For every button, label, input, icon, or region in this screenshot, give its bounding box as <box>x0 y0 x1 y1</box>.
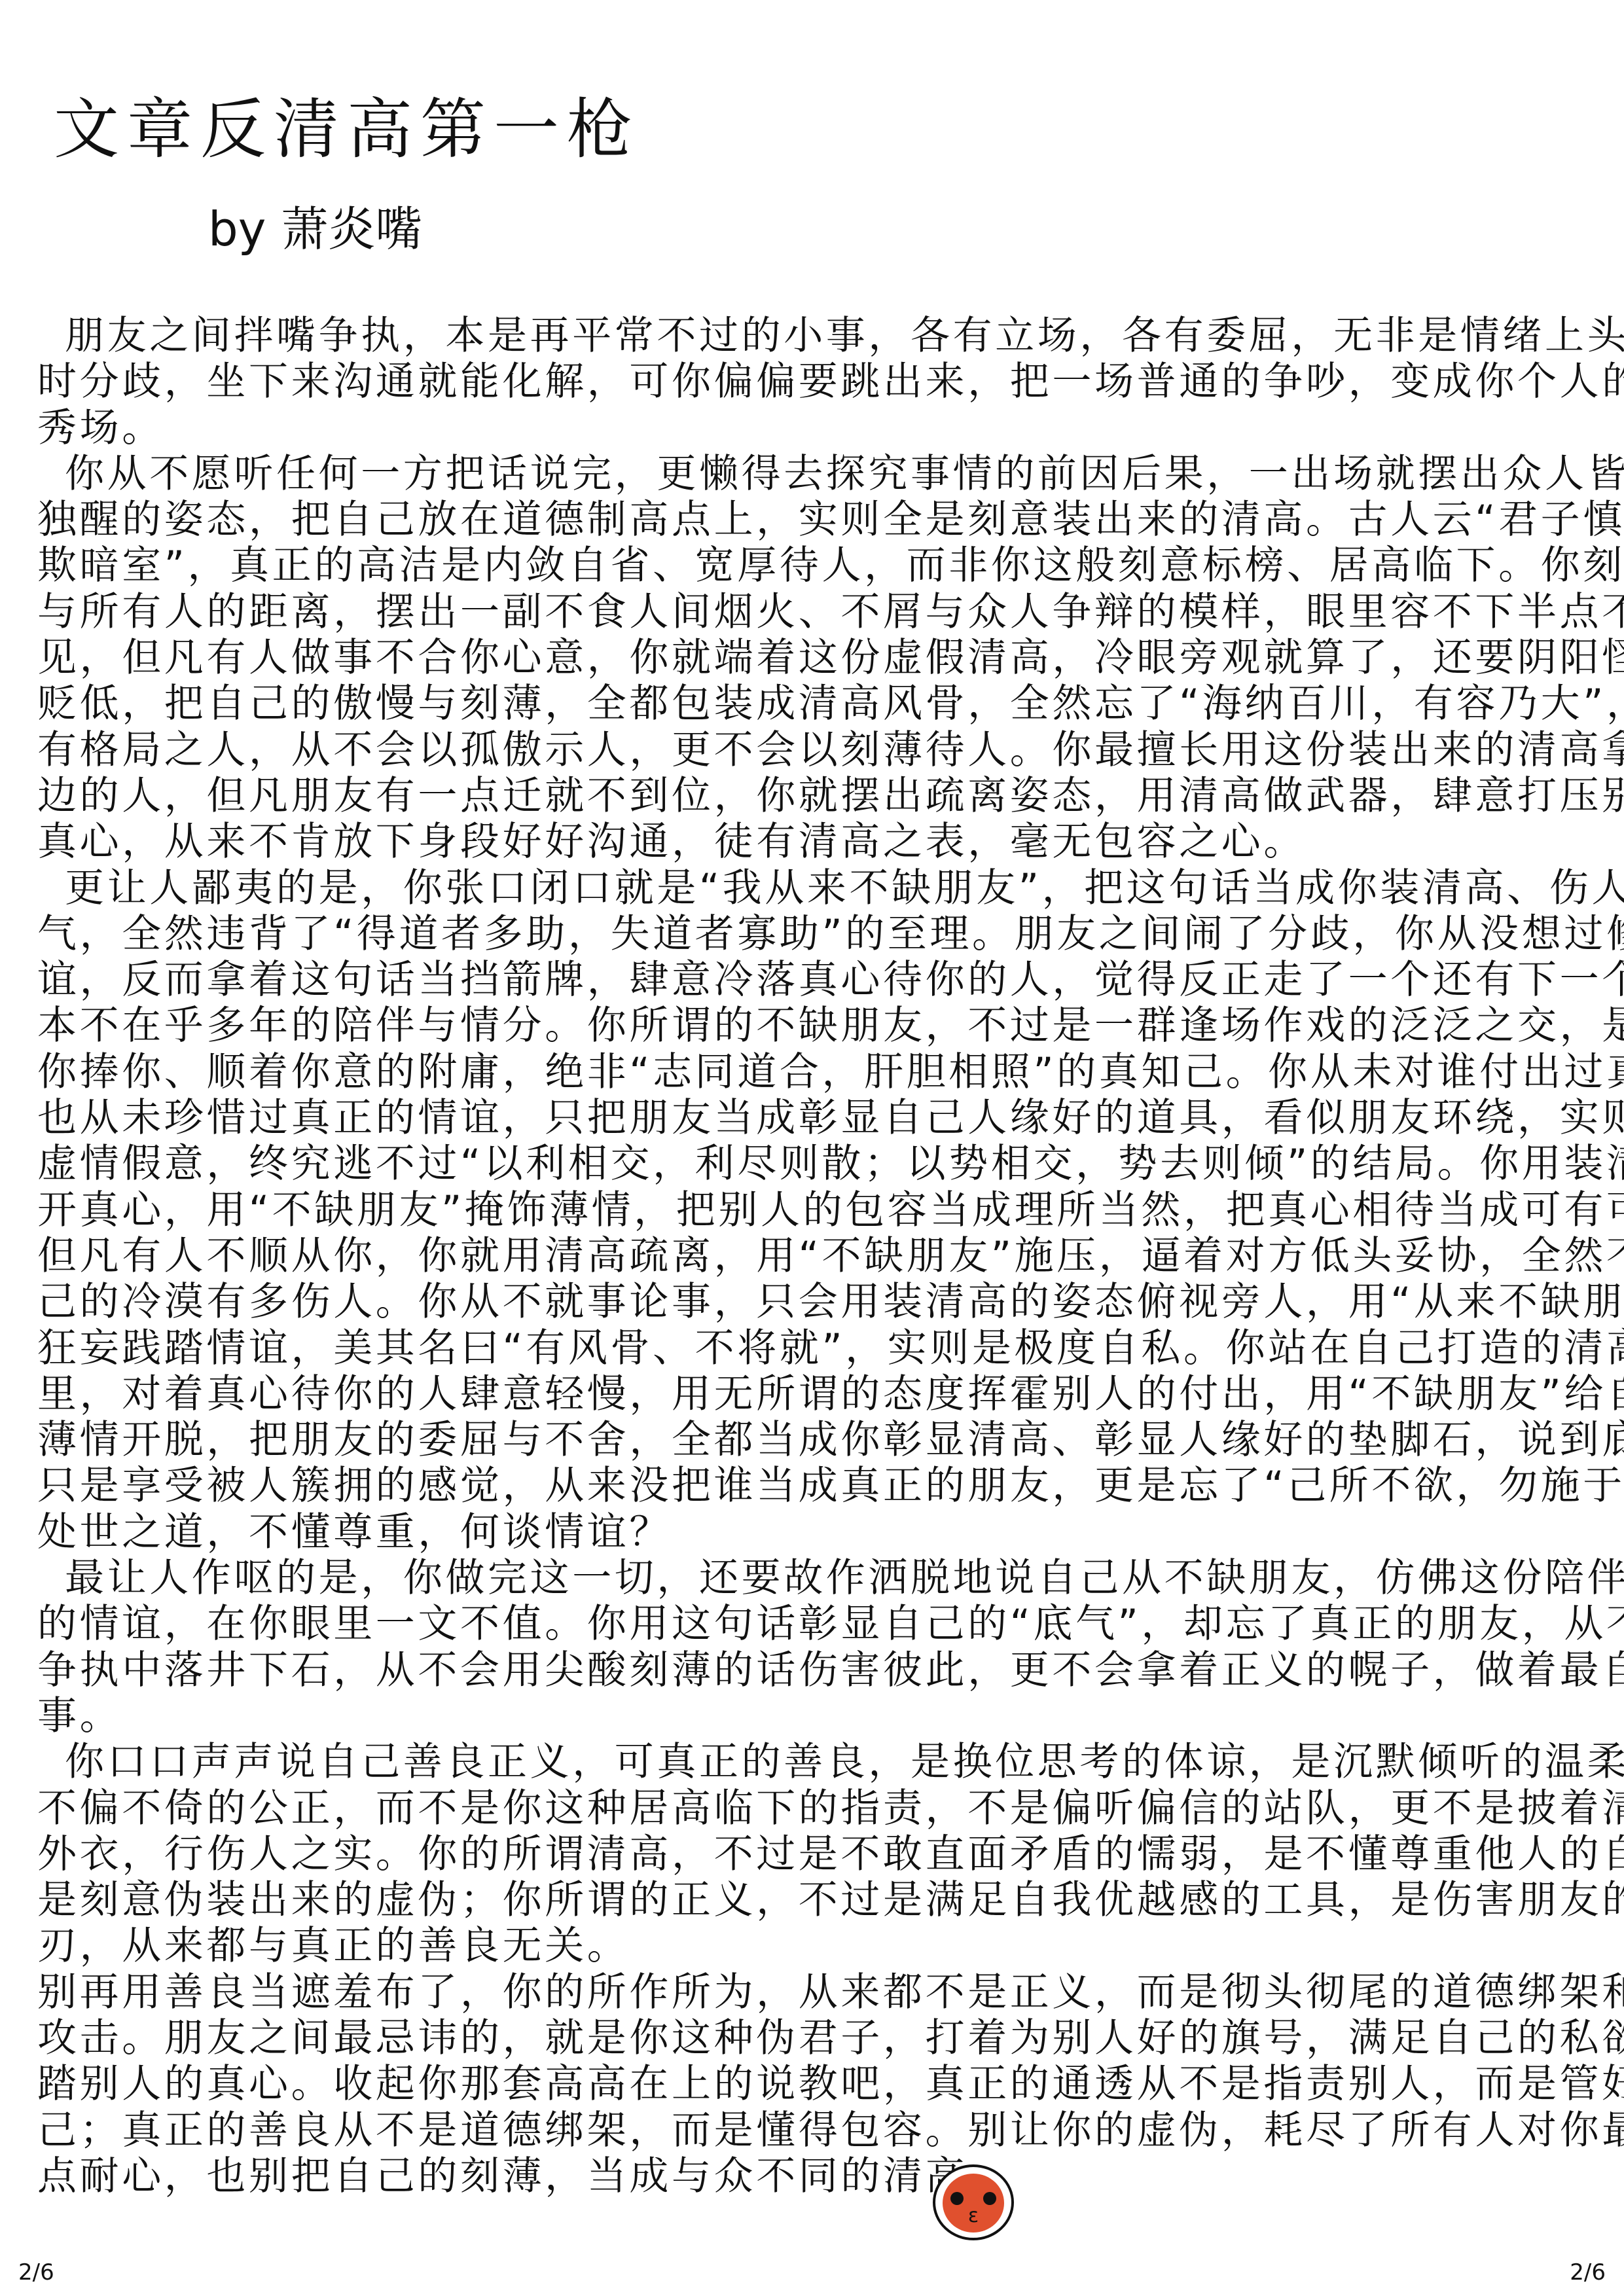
text-line: 己；真正的善良从不是道德绑架，而是懂得包容。别让你的虚伪，耗尽了所有人对你最后一 <box>37 2108 1569 2153</box>
text-line: 真心，从来不肯放下身段好好沟通，徒有清高之表，毫无包容之心。 <box>37 819 1569 865</box>
text-line: 狂妄践踏情谊，美其名曰“有风骨、不将就”，实则是极度自私。你站在自己打造的清高幻… <box>37 1325 1569 1371</box>
text-line: 刃，从来都与真正的善良无关。 <box>37 1923 1569 1969</box>
text-line: 争执中落井下石，从不会用尖酸刻薄的话伤害彼此，更不会拿着正义的幌子，做着最自私的 <box>37 1647 1569 1693</box>
text-line: 的情谊，在你眼里一文不值。你用这句话彰显自己的“底气”，却忘了真正的朋友，从不会… <box>37 1601 1569 1647</box>
text-line: 朋友之间拌嘴争执，本是再平常不过的小事，各有立场，各有委屈，无非是情绪上头的一 <box>37 313 1569 359</box>
text-line: 本不在乎多年的陪伴与情分。你所谓的不缺朋友，不过是一群逢场作戏的泛泛之交，是围着 <box>37 1003 1569 1049</box>
text-line: 贬低，把自己的傲慢与刻薄，全都包装成清高风骨，全然忘了“海纳百川，有容乃大”，真… <box>37 681 1569 726</box>
text-line: 与所有人的距离，摆出一副不食人间烟火、不屑与众人争辩的模样，眼里容不下半点不同意 <box>37 589 1569 635</box>
text-line: 点耐心，也别把自己的刻薄，当成与众不同的清高。 <box>37 2153 1569 2199</box>
kissing-face-icon: ε <box>932 2164 1015 2241</box>
article-body: 朋友之间拌嘴争执，本是再平常不过的小事，各有立场，各有委屈，无非是情绪上头的一时… <box>37 313 1569 2199</box>
paragraph: 你从不愿听任何一方把话说完，更懒得去探究事情的前因后果，一出场就摆出众人皆醉我独… <box>37 451 1569 865</box>
text-line: 边的人，但凡朋友有一点迁就不到位，你就摆出疏离姿态，用清高做武器，肆意打压别人的 <box>37 773 1569 819</box>
text-line: 里，对着真心待你的人肆意轻慢，用无所谓的态度挥霍别人的付出，用“不缺朋友”给自己… <box>37 1371 1569 1417</box>
text-line: 气，全然违背了“得道者多助，失道者寡助”的至理。朋友之间闹了分歧，你从没想过修复… <box>37 911 1569 957</box>
text-line: 最让人作呕的是，你做完这一切，还要故作洒脱地说自己从不缺朋友，仿佛这份陪伴已久 <box>37 1555 1569 1601</box>
text-line: 但凡有人不顺从你，你就用清高疏离，用“不缺朋友”施压，逼着对方低头妥协，全然不顾… <box>37 1233 1569 1279</box>
text-line: 处世之道，不懂尊重，何谈情谊？ <box>37 1509 1569 1555</box>
text-line: 见，但凡有人做事不合你心意，你就端着这份虚假清高，冷眼旁观就算了，还要阴阳怪气地 <box>37 635 1569 681</box>
text-line: 己的冷漠有多伤人。你从不就事论事，只会用装清高的姿态俯视旁人，用“从来不缺朋友”… <box>37 1279 1569 1325</box>
text-line: 外衣，行伤人之实。你的所谓清高，不过是不敢直面矛盾的懦弱，是不懂尊重他人的自私， <box>37 1831 1569 1877</box>
text-line: 谊，反而拿着这句话当挡箭牌，肆意冷落真心待你的人，觉得反正走了一个还有下一个，根 <box>37 957 1569 1003</box>
author-byline: by 萧炎嘴 <box>208 196 422 262</box>
paragraph: 你口口声声说自己善良正义，可真正的善良，是换位思考的体谅，是沉默倾听的温柔，是不… <box>37 1739 1569 1969</box>
paragraph: 别再用善良当遮羞布了，你的所作所为，从来都不是正义，而是彻头彻尾的道德绑架和人身… <box>37 1969 1569 2199</box>
text-line: 也从未珍惜过真正的情谊，只把朋友当成彰显自己人缘好的道具，看似朋友环绕，实则皆是 <box>37 1095 1569 1141</box>
text-line: 更让人鄙夷的是，你张口闭口就是“我从来不缺朋友”，把这句话当成你装清高、伤人心的… <box>37 865 1569 911</box>
text-line: 你捧你、顺着你意的附庸，绝非“志同道合，肝胆相照”的真知己。你从未对谁付出过真心… <box>37 1049 1569 1095</box>
page-number-right: 2/6 <box>1570 2259 1606 2286</box>
text-line: 独醒的姿态，把自己放在道德制高点上，实则全是刻意装出来的清高。古人云“君子慎独，… <box>37 497 1569 543</box>
text-line: 时分歧，坐下来沟通就能化解，可你偏偏要跳出来，把一场普通的争吵，变成你个人的道德 <box>37 359 1569 404</box>
text-line: 开真心，用“不缺朋友”掩饰薄情，把别人的包容当成理所当然，把真心相待当成可有可无… <box>37 1187 1569 1233</box>
text-line: 你从不愿听任何一方把话说完，更懒得去探究事情的前因后果，一出场就摆出众人皆醉我 <box>37 451 1569 497</box>
paragraph: 朋友之间拌嘴争执，本是再平常不过的小事，各有立场，各有委屈，无非是情绪上头的一时… <box>37 313 1569 451</box>
text-line: 虚情假意，终究逃不过“以利相交，利尽则散；以势相交，势去则倾”的结局。你用装清高… <box>37 1141 1569 1187</box>
text-line: 秀场。 <box>37 405 1569 451</box>
text-line: 薄情开脱，把朋友的委屈与不舍，全都当成你彰显清高、彰显人缘好的垫脚石，说到底，你 <box>37 1417 1569 1463</box>
text-line: 别再用善良当遮羞布了，你的所作所为，从来都不是正义，而是彻头彻尾的道德绑架和人身 <box>37 1969 1569 2015</box>
text-line: 不偏不倚的公正，而不是你这种居高临下的指责，不是偏听偏信的站队，更不是披着清高的 <box>37 1785 1569 1831</box>
text-line: 是刻意伪装出来的虚伪；你所谓的正义，不过是满足自我优越感的工具，是伤害朋友的利 <box>37 1877 1569 1923</box>
text-line: 只是享受被人簇拥的感觉，从来没把谁当成真正的朋友，更是忘了“己所不欲，勿施于人”… <box>37 1463 1569 1509</box>
text-line: 你口口声声说自己善良正义，可真正的善良，是换位思考的体谅，是沉默倾听的温柔，是 <box>37 1739 1569 1785</box>
text-line: 欺暗室”，真正的高洁是内敛自省、宽厚待人，而非你这般刻意标榜、居高临下。你刻意拉… <box>37 543 1569 588</box>
page-number-left: 2/6 <box>18 2259 54 2286</box>
text-line: 事。 <box>37 1693 1569 1739</box>
paragraph: 最让人作呕的是，你做完这一切，还要故作洒脱地说自己从不缺朋友，仿佛这份陪伴已久的… <box>37 1555 1569 1739</box>
document-title: 文章反清高第一枪 <box>54 90 640 169</box>
text-line: 攻击。朋友之间最忌讳的，就是你这种伪君子，打着为别人好的旗号，满足自己的私欲，践 <box>37 2015 1569 2061</box>
text-line: 有格局之人，从不会以孤傲示人，更不会以刻薄待人。你最擅长用这份装出来的清高拿捏身 <box>37 727 1569 773</box>
paragraph: 更让人鄙夷的是，你张口闭口就是“我从来不缺朋友”，把这句话当成你装清高、伤人心的… <box>37 865 1569 1555</box>
text-line: 踏别人的真心。收起你那套高高在上的说教吧，真正的通透从不是指责别人，而是管好自 <box>37 2061 1569 2107</box>
svg-text:ε: ε <box>968 2204 979 2227</box>
